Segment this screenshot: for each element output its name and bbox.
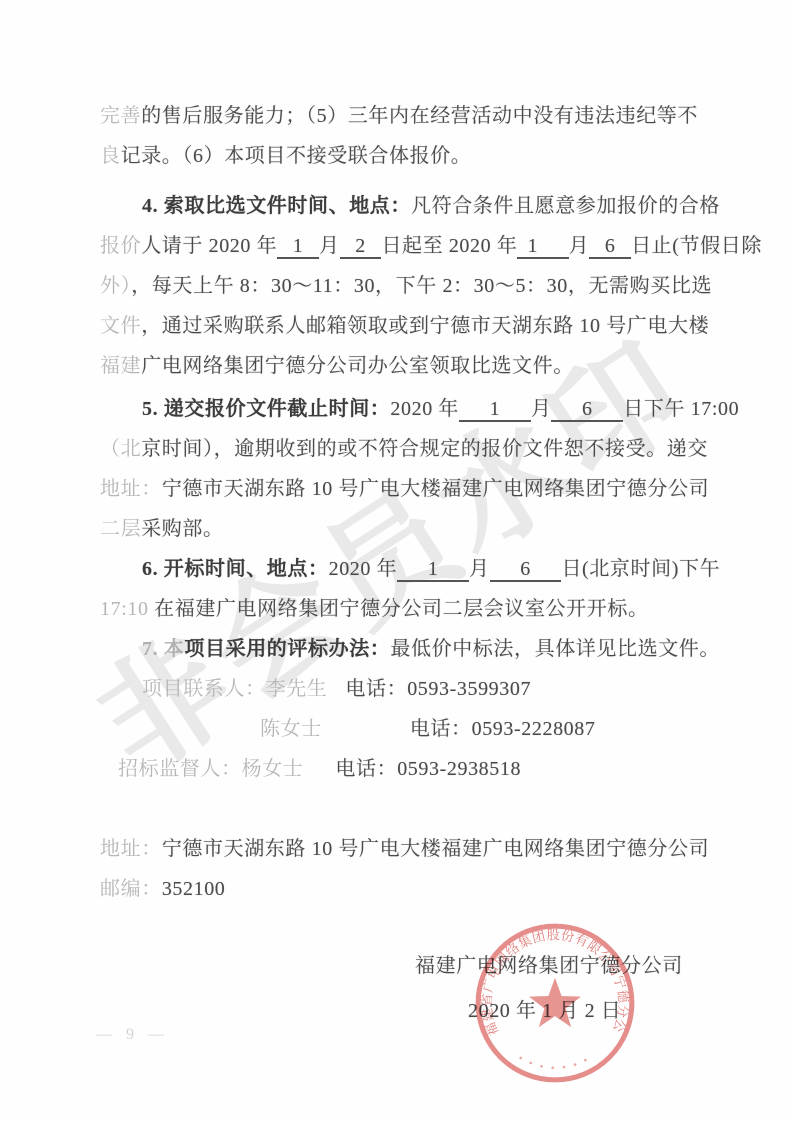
- text-line: （北京时间），逾期收到的或不符合规定的报价文件恕不接受。递交: [100, 429, 753, 469]
- text-segment: 电话：0593-2938518: [335, 758, 521, 780]
- text-line: 17:10 在福建广电网络集团宁德分公司二层会议室公开开标。: [100, 589, 753, 629]
- text-segment: 4. 索取比选文件时间、地点：: [142, 195, 411, 217]
- text-segment: 凡符合条件且愿意参加报价的合格: [411, 195, 720, 217]
- text-segment: 6: [490, 558, 562, 582]
- text-segment: 广电网络集团宁德分公司办公室领取比选文件。: [141, 355, 574, 377]
- text-segment: 2: [340, 235, 382, 259]
- text-line: 陈女士电话：0593-2228087: [260, 709, 753, 749]
- text-segment: 二层: [100, 518, 141, 540]
- text-segment: 采购部。: [141, 518, 223, 540]
- text-line: 5. 递交报价文件截止时间：2020 年 1 月 6 日下午 17:00: [142, 389, 753, 429]
- text-segment: 6: [589, 235, 631, 259]
- page-number: — 9 —: [96, 1026, 169, 1044]
- text-line: 报价人请于 2020 年 1 月 2 日起至 2020 年1 月 6 日止(节假…: [100, 226, 753, 266]
- text-segment: 月: [319, 235, 340, 257]
- text-segment: 在福建广电网络集团宁德分公司二层会议室公开开标。: [149, 598, 649, 620]
- text-segment: 招标监督人：杨女士: [118, 758, 303, 780]
- text-line: 地址：宁德市天湖东路 10 号广电大楼福建广电网络集团宁德分公司: [100, 469, 753, 509]
- text-line: 邮编：352100: [100, 869, 753, 909]
- text-segment: 日起至 2020 年: [381, 235, 517, 257]
- scanned-page: 非会员水印 完善的售后服务能力；（5）三年内在经营活动中没有违法违纪等不良记录。…: [0, 0, 793, 1121]
- text-segment: 6. 开标时间、地点：: [142, 558, 329, 580]
- text-segment: 完善: [100, 105, 141, 127]
- text-segment: 月: [569, 235, 590, 257]
- text-segment: 文件: [100, 315, 141, 337]
- text-segment: 月: [531, 398, 552, 420]
- text-segment: 电话：0593-2228087: [410, 718, 596, 740]
- text-segment: 的售后服务能力；（5）三年内在经营活动中没有违法违纪等不: [141, 105, 698, 127]
- text-line: 福建广电网络集团宁德分公司办公室领取比选文件。: [100, 346, 753, 386]
- text-segment: 电话：0593-3599307: [345, 678, 531, 700]
- seal-bottom-code-marks: [519, 1057, 586, 1069]
- text-segment: 6: [551, 398, 623, 422]
- text-segment: 日(北京时间)下午: [561, 558, 720, 580]
- text-segment: 1: [517, 235, 568, 259]
- document-body: 完善的售后服务能力；（5）三年内在经营活动中没有违法违纪等不良记录。（6）本项目…: [0, 0, 793, 1031]
- text-line: 6. 开标时间、地点：2020 年 1 月 6 日(北京时间)下午: [142, 549, 753, 589]
- text-line: 7. 本项目采用的评标办法：最低价中标法，具体详见比选文件。: [142, 629, 753, 669]
- text-line: 良记录。（6）本项目不接受联合体报价。: [100, 136, 753, 176]
- text-segment: 5. 递交报价文件截止时间：: [142, 398, 390, 420]
- text-segment: 陈女士: [260, 718, 322, 740]
- text-segment: 项目联系人：李先生: [142, 678, 327, 700]
- text-segment: 日下午 17:00: [623, 398, 739, 420]
- text-segment: 宁德市天湖东路 10 号广电大楼福建广电网络集团宁德分公司: [162, 478, 709, 500]
- text-line: 二层采购部。: [100, 509, 753, 549]
- text-segment: （北: [100, 438, 141, 460]
- text-segment: 地址：: [100, 478, 162, 500]
- text-segment: 日止(节假日除: [631, 235, 762, 257]
- text-line: 外），每天上午 8：30～11：30，下午 2：30～5：30，无需购买比选: [100, 266, 753, 306]
- text-segment: 1: [397, 558, 469, 582]
- text-segment: 报价: [100, 235, 141, 257]
- seal-graphic: 福建省广电网络集团股份有限公司宁德分公司: [466, 914, 644, 1092]
- company-seal: 福建省广电网络集团股份有限公司宁德分公司: [466, 914, 644, 1092]
- star-icon: [529, 978, 581, 1027]
- text-line: 文件，通过采购联系人邮箱领取或到宁德市天湖东路 10 号广电大楼: [100, 306, 753, 346]
- text-segment: 最低价中标法，具体详见比选文件。: [390, 638, 720, 660]
- text-segment: 1: [277, 235, 319, 259]
- text-segment: 京时间），逾期收到的或不符合规定的报价文件恕不接受。递交: [141, 438, 708, 460]
- text-segment: 7. 本: [142, 638, 184, 660]
- text-segment: ，每天上午 8：30～11：30，下午 2：30～5：30，无需购买比选: [131, 275, 712, 297]
- text-line: 招标监督人：杨女士电话：0593-2938518: [118, 749, 753, 789]
- text-line: 地址：宁德市天湖东路 10 号广电大楼福建广电网络集团宁德分公司: [100, 829, 753, 869]
- text-segment: 宁德市天湖东路 10 号广电大楼福建广电网络集团宁德分公司: [162, 838, 709, 860]
- text-segment: 2020 年: [390, 398, 459, 420]
- text-segment: 项目采用的评标办法：: [184, 638, 390, 660]
- text-segment: 352100: [162, 878, 226, 900]
- text-segment: 17:10: [100, 598, 149, 620]
- text-line: 4. 索取比选文件时间、地点：凡符合条件且愿意参加报价的合格: [142, 186, 753, 226]
- text-segment: 记录。（6）本项目不接受联合体报价。: [121, 145, 472, 167]
- text-line: 项目联系人：李先生电话：0593-3599307: [142, 669, 753, 709]
- text-segment: 福建: [100, 355, 141, 377]
- text-segment: 月: [469, 558, 490, 580]
- text-segment: 外）: [100, 275, 131, 297]
- text-line: 完善的售后服务能力；（5）三年内在经营活动中没有违法违纪等不: [100, 96, 753, 136]
- text-segment: 地址：: [100, 838, 162, 860]
- text-segment: ，通过采购联系人邮箱领取或到宁德市天湖东路 10 号广电大楼: [141, 315, 709, 337]
- text-segment: 2020 年: [329, 558, 398, 580]
- text-segment: 1: [459, 398, 531, 422]
- text-segment: 良: [100, 145, 121, 167]
- text-segment: 邮编：: [100, 878, 162, 900]
- text-segment: 人请于 2020 年: [141, 235, 277, 257]
